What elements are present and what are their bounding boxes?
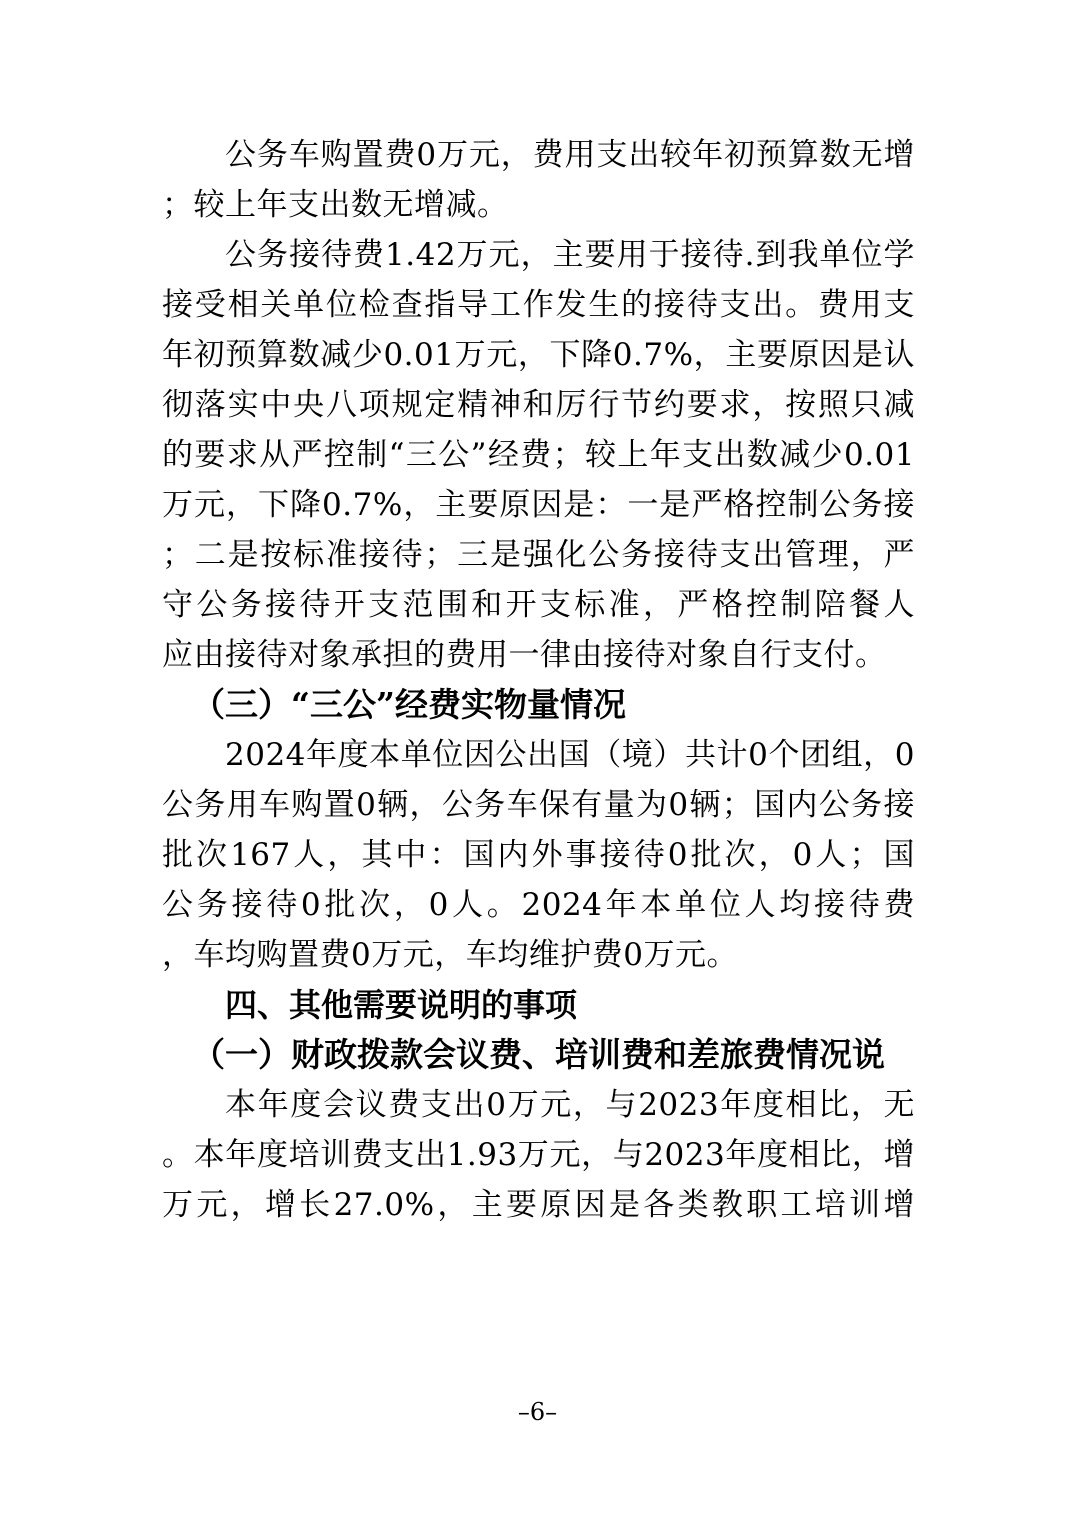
paragraph-line: 公务用车购置0辆，公务车保有量为0辆；国内公务接待23 xyxy=(162,780,915,830)
document-body: 公务车购置费0万元，费用支出较年初预算数无增减 ；较上年支出数无增减。 公务接待… xyxy=(162,130,915,1230)
section-heading-four-one: （一）财政拨款会议费、培训费和差旅费情况说明 xyxy=(162,1030,915,1080)
paragraph-line: 的要求从严控制“三公”经费；较上年支出数减少0.01 xyxy=(162,430,915,480)
paragraph-line: 应由接待对象承担的费用一律由接待对象自行支付。 xyxy=(162,630,915,680)
paragraph-line: 。本年度培训费支出1.93万元，与2023年度相比，增加0.41 xyxy=(162,1130,915,1180)
paragraph-line: 公务接待费1.42万元，主要用于接待.到我单位学习和 xyxy=(162,230,915,280)
section-heading-four: 四、其他需要说明的事项 xyxy=(162,980,915,1030)
paragraph-line: 彻落实中央八项规定精神和厉行节约要求，按照只减不增 xyxy=(162,380,915,430)
paragraph-line: 批次167人，其中：国内外事接待0批次，0人；国（境）外 xyxy=(162,830,915,880)
paragraph-line: 接受相关单位检查指导工作发生的接待支出。费用支出较 xyxy=(162,280,915,330)
paragraph-line: 公务接待0批次，0人。2024年本单位人均接待费85.03元 xyxy=(162,880,915,930)
paragraph-line: ，车均购置费0万元，车均维护费0万元。 xyxy=(162,930,915,980)
section-heading-three: （三）“三公”经费实物量情况 xyxy=(162,680,915,730)
paragraph-line: 万元，下降0.7%，主要原因是：一是严格控制公务接待费 xyxy=(162,480,915,530)
paragraph-line: 万元，增长27.0%，主要原因是各类教职工培训增加。 xyxy=(162,1180,915,1230)
paragraph-line: ；较上年支出数无增减。 xyxy=(162,180,915,230)
paragraph-line: 守公务接待开支范围和开支标准，严格控制陪餐人数，对 xyxy=(162,580,915,630)
paragraph-line: 本年度会议费支出0万元，与2023年度相比，无增减 xyxy=(162,1080,915,1130)
paragraph-line: ；二是按标准接待；三是强化公务接待支出管理，严格遵 xyxy=(162,530,915,580)
document-page: 公务车购置费0万元，费用支出较年初预算数无增减 ；较上年支出数无增减。 公务接待… xyxy=(0,0,1075,1520)
paragraph-line: 公务车购置费0万元，费用支出较年初预算数无增减 xyxy=(162,130,915,180)
paragraph-line: 2024年度本单位因公出国（境）共计0个团组，0人； xyxy=(162,730,915,780)
page-number: –6– xyxy=(0,1398,1075,1426)
paragraph-line: 年初预算数减少0.01万元，下降0.7%，主要原因是认真贯 xyxy=(162,330,915,380)
